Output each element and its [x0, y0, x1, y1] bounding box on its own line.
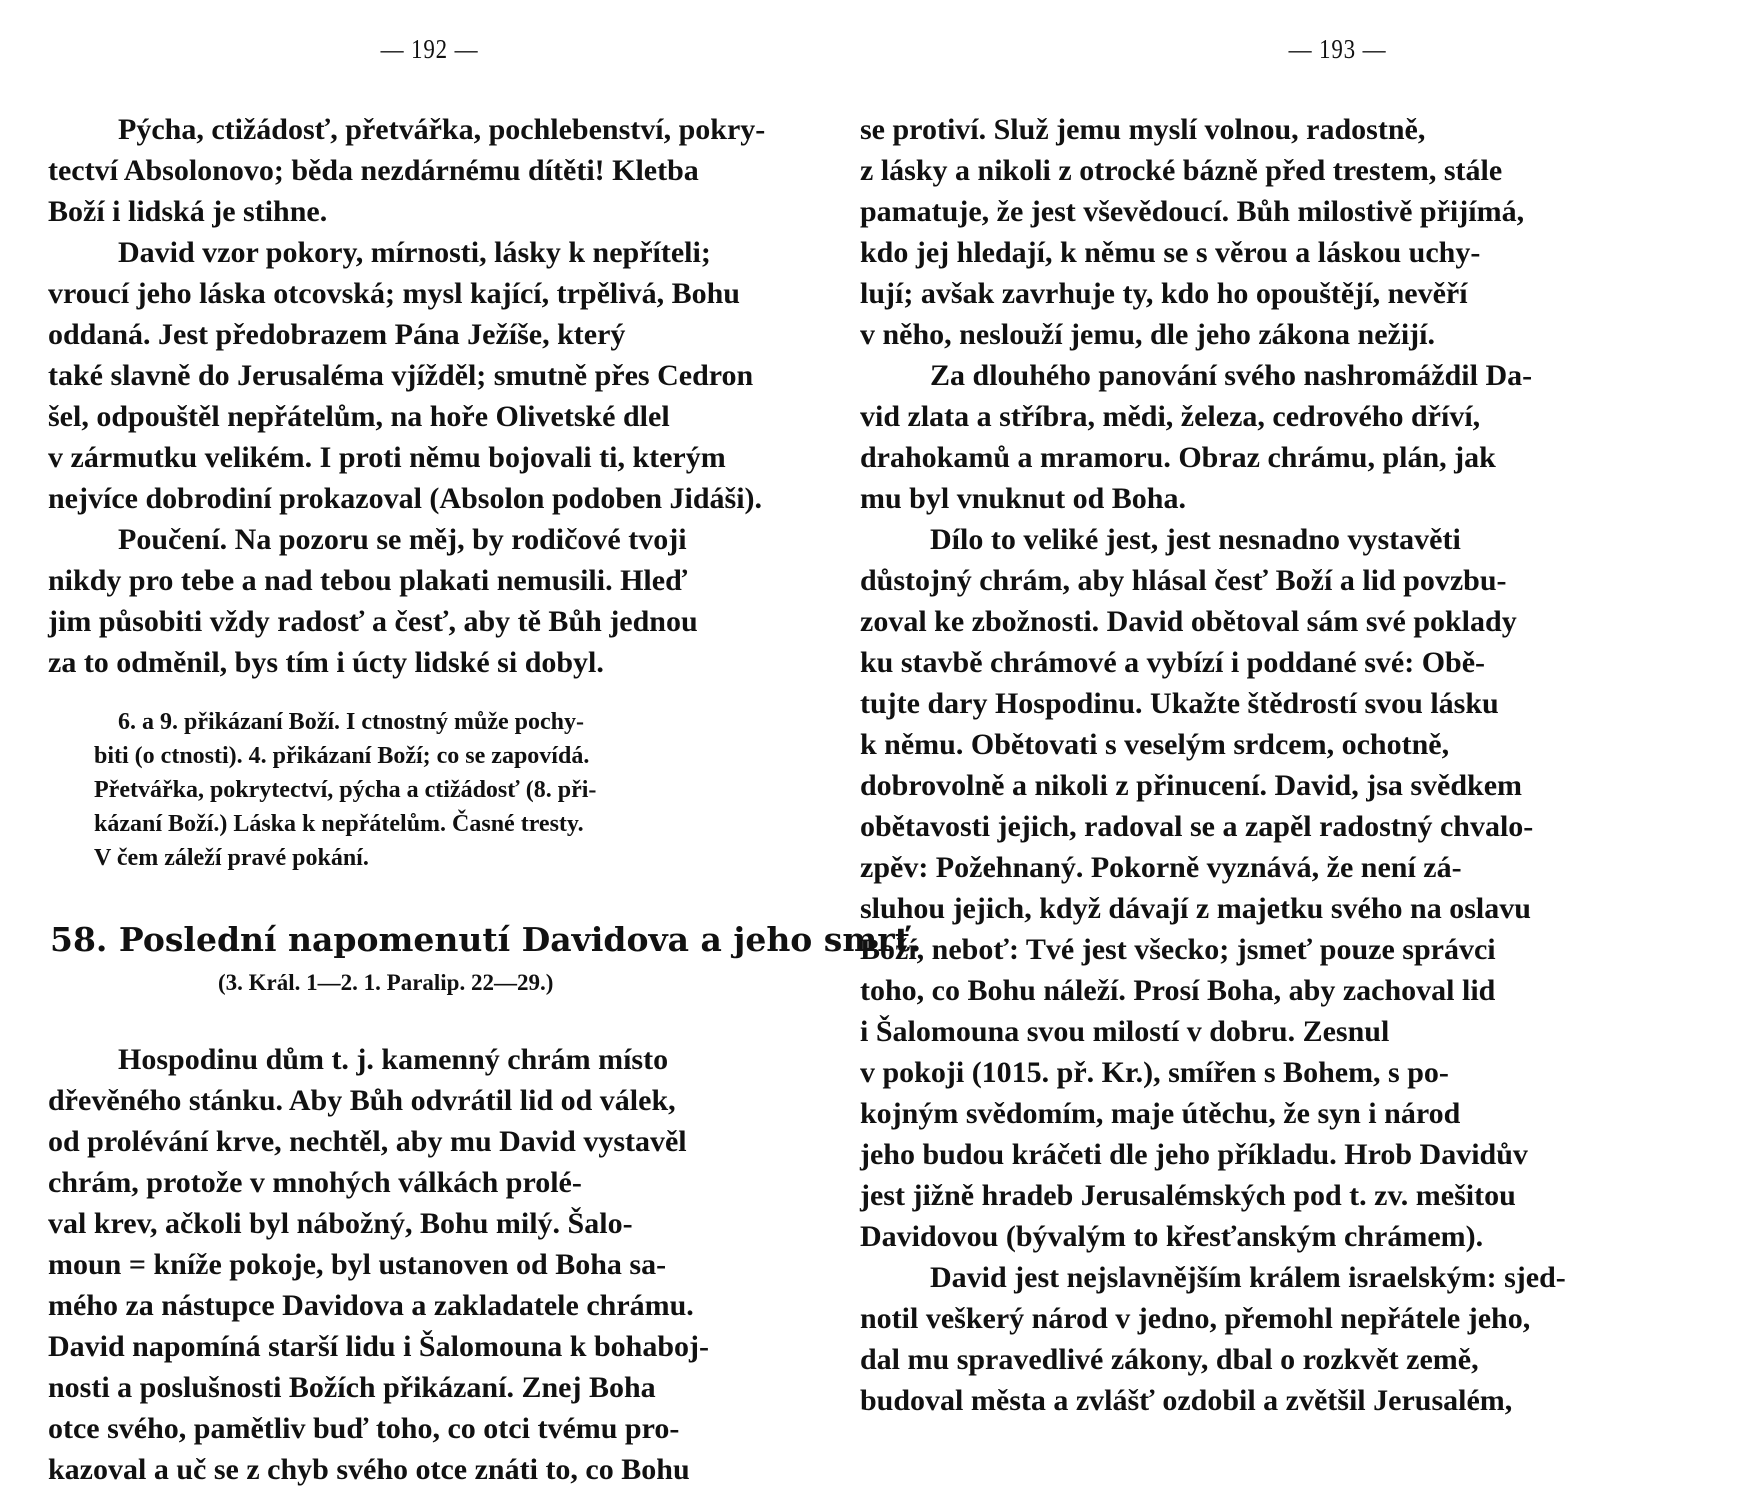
text-line: k němu. Obětovati s veselým srdcem, ocho…: [860, 725, 1449, 765]
reference-line: V čem záleží pravé pokání.: [94, 842, 369, 874]
text-line: mého za nástupce Davidova a zakladatele …: [48, 1286, 694, 1326]
text-line: v něho, neslouží jemu, dle jeho zákona n…: [860, 315, 1435, 355]
text-line: notil veškerý národ v jedno, přemohl nep…: [860, 1299, 1530, 1339]
text-line: budoval města a zvlášť ozdobil a zvětšil…: [860, 1381, 1512, 1421]
right-page: — 193 — se protiví. Služ jemu myslí voln…: [860, 0, 1758, 1500]
text-line: moun = kníže pokoje, byl ustanoven od Bo…: [48, 1245, 666, 1285]
text-line: také slavně do Jerusaléma vjížděl; smutn…: [48, 356, 753, 396]
text-line: Dílo to veliké jest, jest nesnadno vysta…: [930, 520, 1461, 560]
text-line: Pýcha, ctižádosť, přetvářka, pochlebenst…: [118, 110, 765, 150]
text-line: drahokamů a mramoru. Obraz chrámu, plán,…: [860, 438, 1496, 478]
reference-line: Přetvářka, pokrytectví, pýcha a ctižádos…: [94, 774, 596, 806]
text-line: i Šalomouna svou milostí v dobru. Zesnul: [860, 1012, 1389, 1052]
text-line: jeho budou kráčeti dle jeho příkladu. Hr…: [860, 1135, 1528, 1175]
text-line: otce svého, pamětliv buď toho, co otci t…: [48, 1409, 679, 1449]
text-line: David jest nejslavnějším králem israelsk…: [930, 1258, 1566, 1298]
text-line: za to odměnil, bys tím i úcty lidské si …: [48, 643, 604, 683]
text-line: vroucí jeho láska otcovská; mysl kající,…: [48, 274, 740, 314]
text-line: tujte dary Hospodinu. Ukažte štědrostí s…: [860, 684, 1499, 724]
text-line: kazoval a uč se z chyb svého otce znáti …: [48, 1450, 690, 1490]
text-line: v zármutku velikém. I proti němu bojoval…: [48, 438, 726, 478]
text-line: dřevěného stánku. Aby Bůh odvrátil lid o…: [48, 1081, 676, 1121]
page-number: — 192 —: [381, 34, 479, 65]
text-line: kdo jej hledají, k němu se s věrou a lás…: [860, 233, 1480, 273]
text-line: kojným svědomím, maje útěchu, že syn i n…: [860, 1094, 1460, 1134]
text-line: toho, co Bohu náleží. Prosí Boha, aby za…: [860, 971, 1495, 1011]
text-line: oddaná. Jest předobrazem Pána Ježíše, kt…: [48, 315, 625, 355]
text-line: chrám, protože v mnohých válkách prolé-: [48, 1163, 582, 1203]
text-line: Davidovou (bývalým to křesťanským chráme…: [860, 1217, 1483, 1257]
text-line: dobrovolně a nikoli z přinucení. David, …: [860, 766, 1522, 806]
text-line: jim působiti vždy radosť a česť, aby tě …: [48, 602, 698, 642]
text-line: David napomíná starší lidu i Šalomouna k…: [48, 1327, 709, 1367]
text-line: Boží, neboť: Tvé jest všecko; jsmeť pouz…: [860, 930, 1496, 970]
text-line: jest jižně hradeb Jerusalémských pod t. …: [860, 1176, 1516, 1216]
text-line: z lásky a nikoli z otrocké bázně před tr…: [860, 151, 1502, 191]
text-line: pamatuje, že jest vševědoucí. Bůh milost…: [860, 192, 1524, 232]
text-line: lují; avšak zavrhuje ty, kdo ho opouštěj…: [860, 274, 1468, 314]
text-line: zpěv: Požehnaný. Pokorně vyznává, že nen…: [860, 848, 1462, 888]
text-line: zoval ke zbožnosti. David obětoval sám s…: [860, 602, 1517, 642]
text-line: Za dlouhého panování svého nashromáždil …: [930, 356, 1532, 396]
text-line: vid zlata a stříbra, mědi, železa, cedro…: [860, 397, 1480, 437]
text-line: ku stavbě chrámové a vybízí i poddané sv…: [860, 643, 1485, 683]
text-line: se protiví. Služ jemu myslí volnou, rado…: [860, 110, 1425, 150]
text-line: David vzor pokory, mírnosti, lásky k nep…: [118, 233, 711, 273]
text-line: dal mu spravedlivé zákony, dbal o rozkvě…: [860, 1340, 1479, 1380]
chapter-heading: 58. Poslední napomenutí Davidova a jeho …: [50, 920, 921, 960]
text-line: Boží i lidská je stihne.: [48, 192, 327, 232]
text-line: důstojný chrám, aby hlásal česť Boží a l…: [860, 561, 1507, 601]
page-number: — 193 —: [1289, 34, 1387, 65]
text-line: Poučení. Na pozoru se měj, by rodičové t…: [118, 520, 687, 560]
reference-line: kázaní Boží.) Láska k nepřátelům. Časné …: [94, 808, 584, 840]
chapter-source: (3. Král. 1—2. 1. Paralip. 22—29.): [218, 963, 553, 1003]
text-line: šel, odpouštěl nepřátelům, na hoře Olive…: [48, 397, 670, 437]
text-line: od prolévání krve, nechtěl, aby mu David…: [48, 1122, 687, 1162]
text-line: obětavosti jejich, radoval se a zapěl ra…: [860, 807, 1533, 847]
text-line: mu byl vnuknut od Boha.: [860, 479, 1186, 519]
reference-line: biti (o ctnosti). 4. přikázaní Boží; co …: [94, 740, 589, 772]
reference-line: 6. a 9. přikázaní Boží. I ctnostný může …: [118, 706, 584, 738]
text-line: nikdy pro tebe a nad tebou plakati nemus…: [48, 561, 687, 601]
text-line: Hospodinu dům t. j. kamenný chrám místo: [118, 1040, 668, 1080]
text-line: nejvíce dobrodiní prokazoval (Absolon po…: [48, 479, 762, 519]
text-line: nosti a poslušnosti Božích přikázaní. Zn…: [48, 1368, 656, 1408]
text-line: sluhou jejich, když dávají z majetku své…: [860, 889, 1531, 929]
text-line: tectví Absolonovo; běda nezdárnému dítět…: [48, 151, 699, 191]
text-line: val krev, ačkoli byl nábožný, Bohu milý.…: [48, 1204, 633, 1244]
left-page: — 192 — Pýcha, ctižádosť, přetvářka, poc…: [0, 0, 860, 1500]
text-line: v pokoji (1015. př. Kr.), smířen s Bohem…: [860, 1053, 1449, 1093]
